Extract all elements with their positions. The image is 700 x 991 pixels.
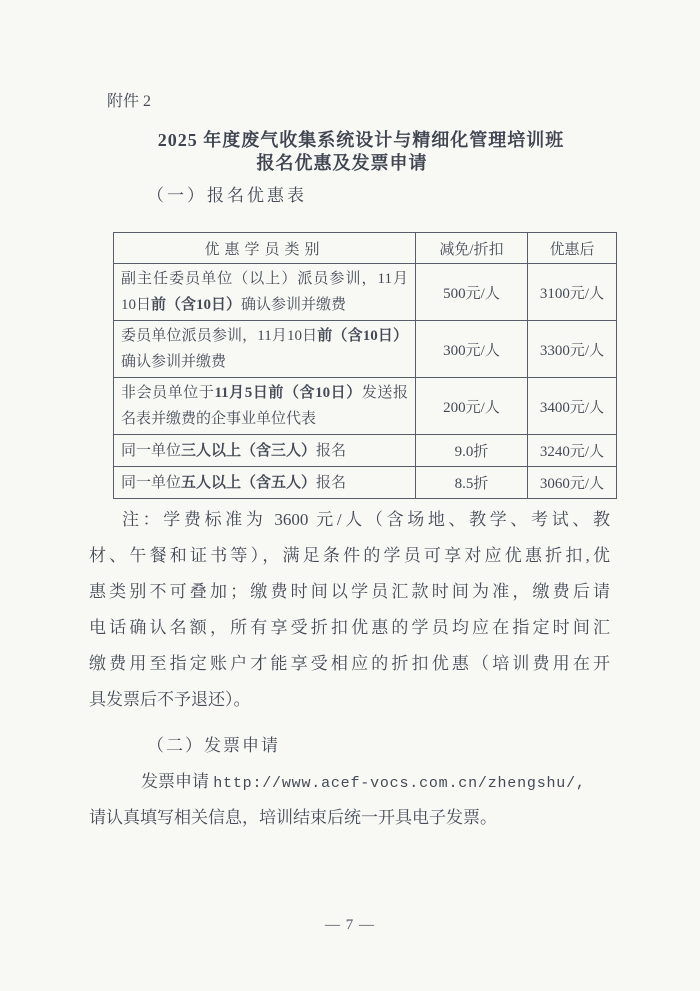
- table-row: 同一单位三人以上（含三人）报名9.0折3240元/人: [114, 435, 617, 467]
- cell-category: 副主任委员单位（以上）派员参训，11月10日前（含10日）确认参训并缴费: [114, 264, 416, 321]
- attachment-label: 附件 2: [107, 88, 151, 111]
- cell-discount: 300元/人: [416, 321, 528, 378]
- note-line: 材、午餐和证书等），满足条件的学员可享对应优惠折扣,优: [89, 538, 610, 574]
- note-line: 惠类别不可叠加；缴费时间以学员汇款时间为准，缴费后请: [89, 574, 610, 610]
- table-header-discount: 减免/折扣: [416, 233, 528, 264]
- table-header-row: 优惠学员类别 减免/折扣 优惠后: [114, 233, 617, 264]
- note-paragraph: 注：学费标准为 3600 元/人（含场地、教学、考试、教 材、午餐和证书等），满…: [89, 502, 610, 718]
- table-row: 同一单位五人以上（含五人）报名8.5折3060元/人: [114, 467, 617, 499]
- invoice-line-prefix: 发票申请: [141, 772, 213, 791]
- document-page: 附件 2 2025 年度废气收集系统设计与精细化管理培训班 报名优惠及发票申请 …: [0, 0, 700, 991]
- cell-discount: 8.5折: [416, 467, 528, 499]
- cell-discount: 200元/人: [416, 378, 528, 435]
- table-header-after-price: 优惠后: [528, 233, 617, 264]
- table-header-category: 优惠学员类别: [114, 233, 416, 264]
- note-line: 缴费用至指定账户才能享受相应的折扣优惠（培训费用在开: [89, 646, 610, 682]
- invoice-application-line: 发票申请 http://www.acef-vocs.com.cn/zhengsh…: [89, 767, 610, 792]
- cell-after-price: 3400元/人: [528, 378, 617, 435]
- table-row: 副主任委员单位（以上）派员参训，11月10日前（含10日）确认参训并缴费500元…: [114, 264, 617, 321]
- section-heading-invoice: （二）发票申请: [147, 731, 280, 756]
- note-line: 注：学费标准为 3600 元/人（含场地、教学、考试、教: [89, 502, 610, 538]
- cell-after-price: 3240元/人: [528, 435, 617, 467]
- page-number: — 7 —: [0, 917, 700, 934]
- document-title-line2: 报名优惠及发票申请: [0, 149, 692, 175]
- cell-after-price: 3300元/人: [528, 321, 617, 378]
- discount-table: 优惠学员类别 减免/折扣 优惠后 副主任委员单位（以上）派员参训，11月10日前…: [113, 232, 617, 499]
- invoice-instruction-line: 请认真填写相关信息，培训结束后统一开具电子发票。: [89, 803, 497, 828]
- note-line: 电话确认名额，所有享受折扣优惠的学员均应在指定时间汇: [89, 610, 610, 646]
- section-heading-discount-table: （一）报名优惠表: [147, 181, 307, 206]
- cell-category: 同一单位五人以上（含五人）报名: [114, 467, 416, 499]
- cell-category: 同一单位三人以上（含三人）报名: [114, 435, 416, 467]
- note-line: 具发票后不予退还）。: [89, 682, 610, 718]
- cell-discount: 9.0折: [416, 435, 528, 467]
- table-row: 委员单位派员参训，11月10日前（含10日）确认参训并缴费300元/人3300元…: [114, 321, 617, 378]
- cell-after-price: 3060元/人: [528, 467, 617, 499]
- cell-category: 委员单位派员参训，11月10日前（含10日）确认参训并缴费: [114, 321, 416, 378]
- cell-category: 非会员单位于11月5日前（含10日）发送报名表并缴费的企事业单位代表: [114, 378, 416, 435]
- cell-discount: 500元/人: [416, 264, 528, 321]
- invoice-application-url: http://www.acef-vocs.com.cn/zhengshu/,: [213, 775, 585, 792]
- table-row: 非会员单位于11月5日前（含10日）发送报名表并缴费的企事业单位代表200元/人…: [114, 378, 617, 435]
- cell-after-price: 3100元/人: [528, 264, 617, 321]
